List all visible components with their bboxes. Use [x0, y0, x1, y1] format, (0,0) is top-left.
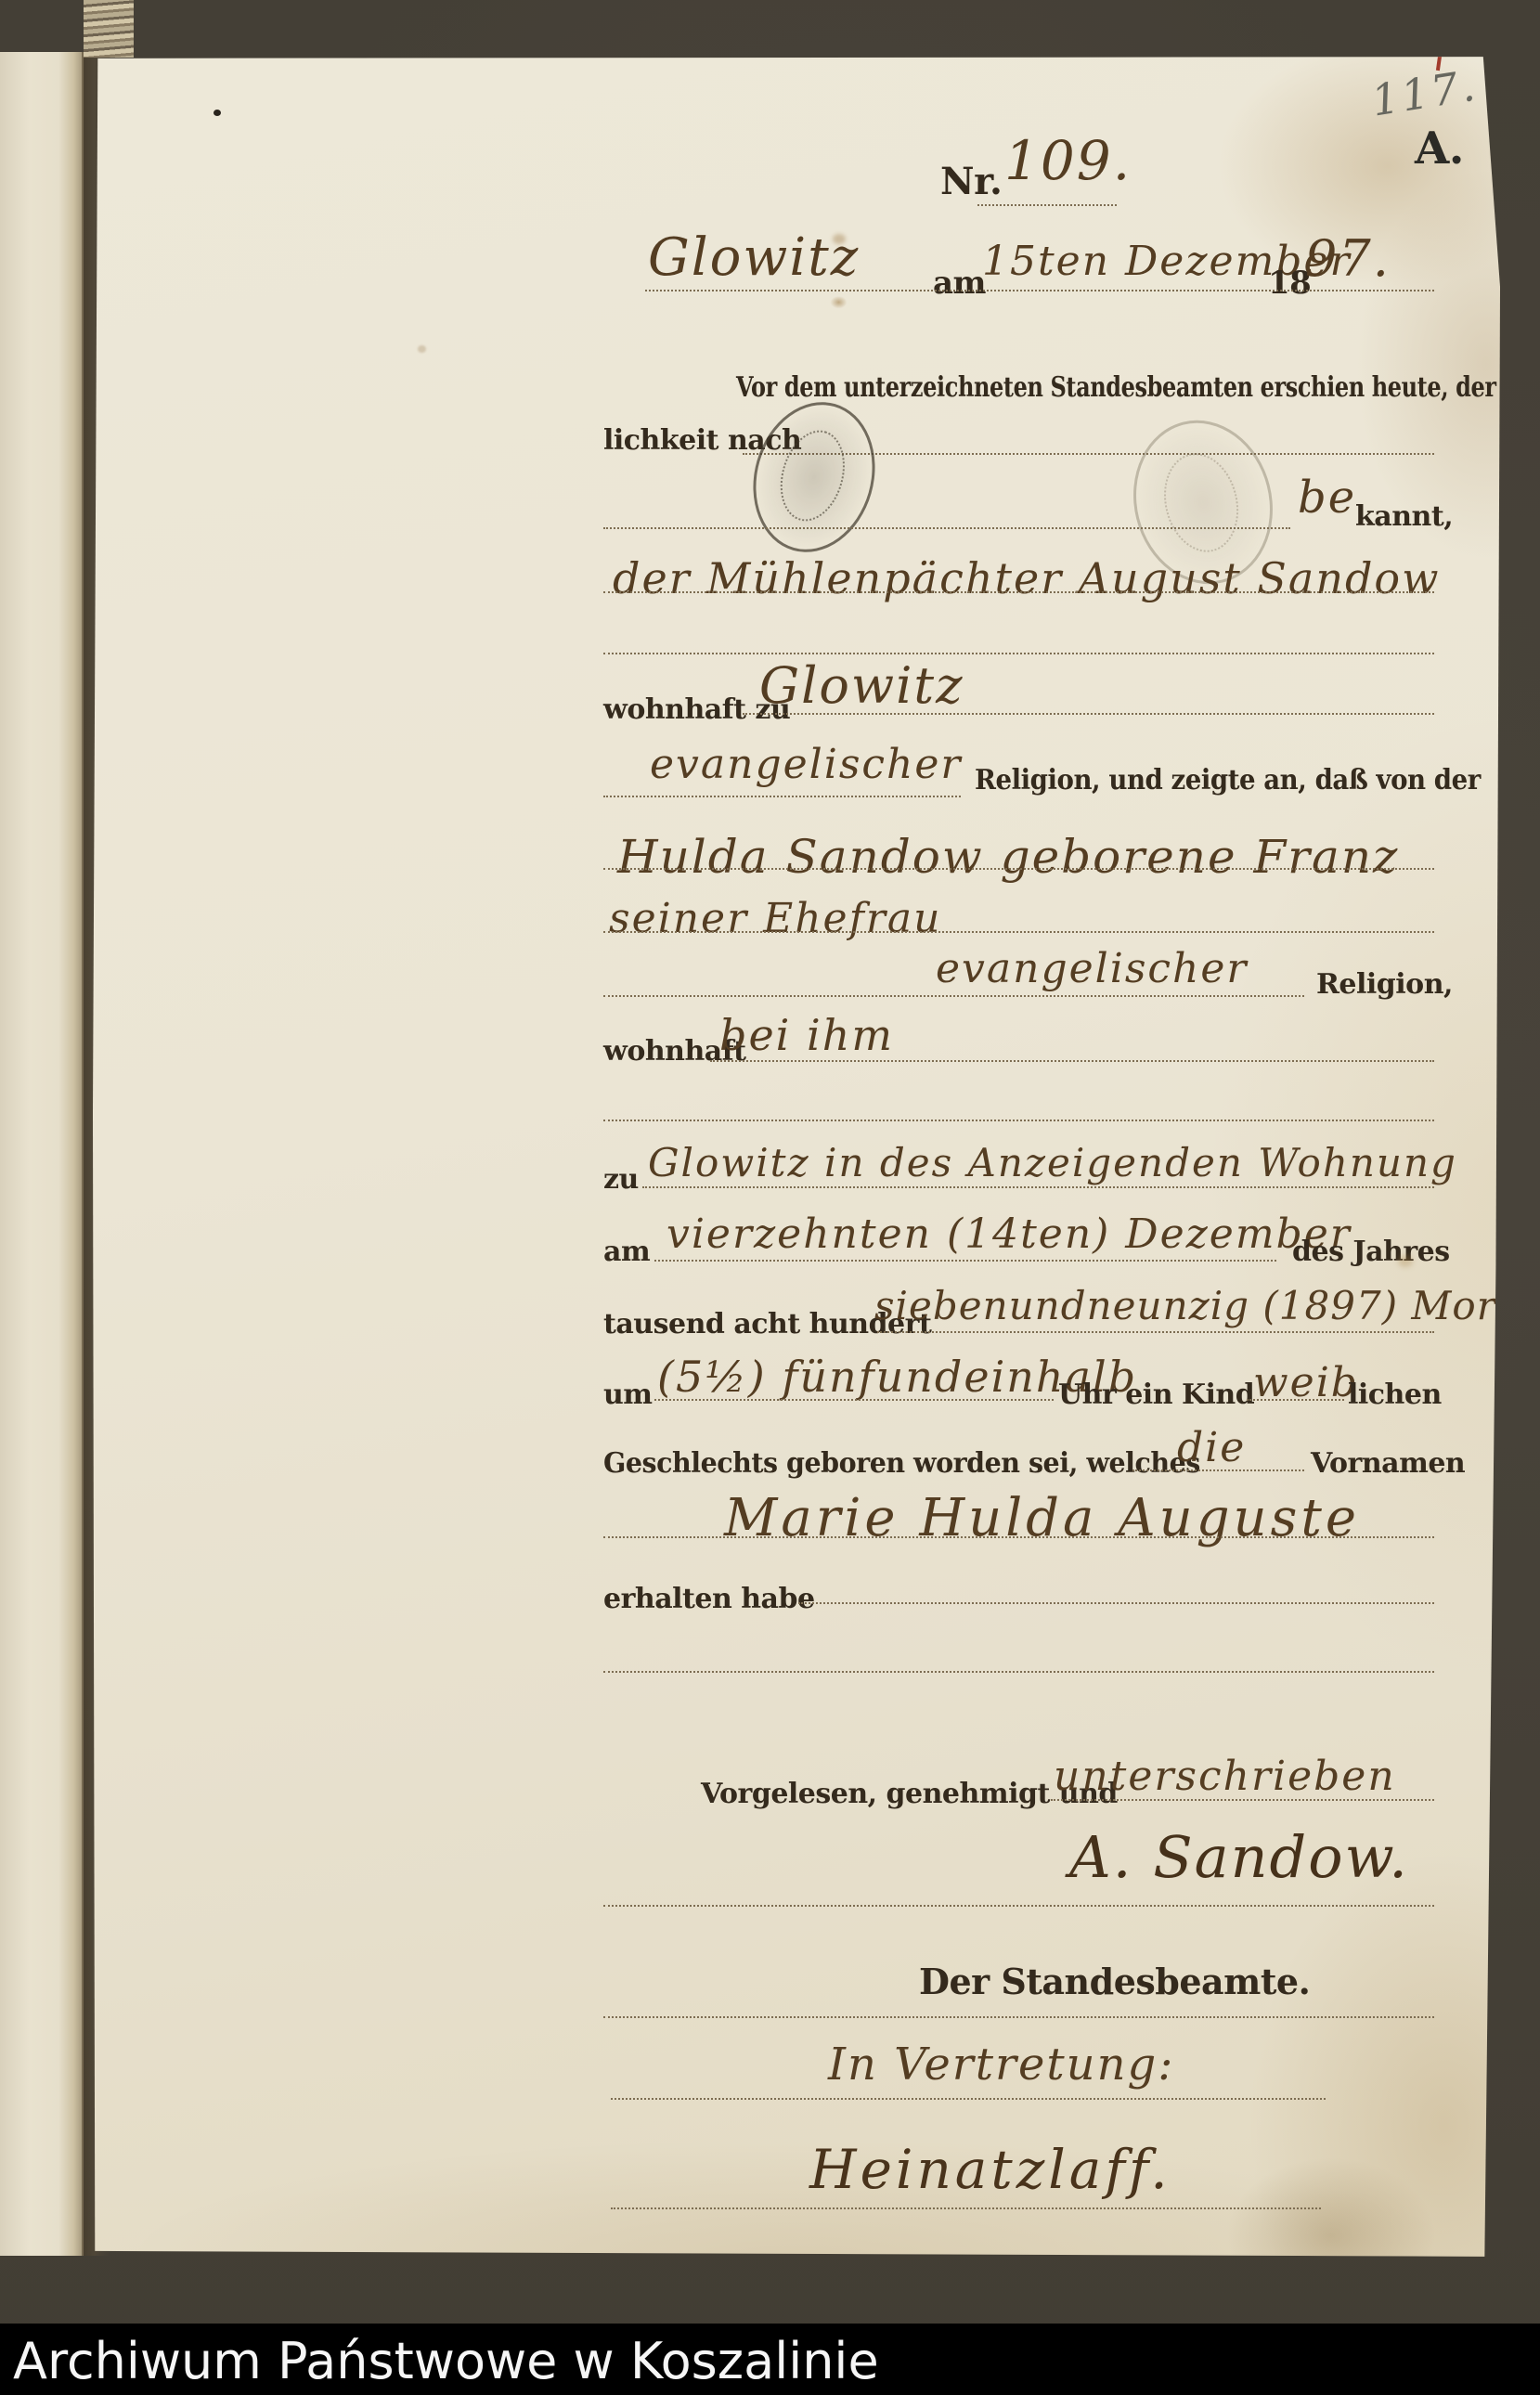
dotted-line — [654, 1399, 1054, 1401]
dotted-line — [603, 527, 1290, 529]
previous-page-edge — [0, 52, 84, 2256]
mother-name: Hulda Sandow geborene Franz — [617, 834, 1399, 880]
dotted-line — [603, 591, 1434, 593]
birthdate-value: vierzehnten (14ten) Dezember — [666, 1214, 1352, 1255]
dotted-line — [743, 713, 1434, 715]
unterschrieben-value: unterschrieben — [1054, 1756, 1396, 1797]
dotted-line — [603, 653, 1434, 654]
archival-scan: 117. A. Nr. 109. Glowitz am 15ten Dezemb… — [0, 0, 1540, 2395]
in-vertretung-value: In Vertretung: — [828, 2042, 1174, 2087]
registrar-signature: Heinatzlaff. — [809, 2143, 1171, 2196]
religion2-value: evangelischer — [936, 949, 1248, 990]
oval-ink-stamp-faint-inner-ring — [1154, 446, 1249, 561]
dotted-line — [603, 1671, 1434, 1673]
binding-threads — [84, 0, 134, 58]
des-jahres-label: des Jahres — [1292, 1238, 1450, 1266]
birthplace-value: Glowitz in des Anzeigenden Wohnung — [648, 1144, 1457, 1183]
nr-label: Nr. — [940, 163, 1002, 201]
dotted-line — [603, 1536, 1434, 1538]
dotted-line — [654, 1260, 1276, 1262]
oval-ink-stamp-inner-ring — [770, 422, 855, 528]
um-label: um — [603, 1381, 653, 1409]
ink-speck — [214, 110, 221, 116]
dotted-line — [1051, 1799, 1434, 1801]
footer-bar: Archiwum Państwowe w Koszalinie — [0, 2324, 1540, 2395]
dotted-line — [611, 2098, 1326, 2100]
vornamen-label: Vornamen — [1311, 1450, 1465, 1478]
declarant-name: der Mühlenpächter August Sandow — [613, 557, 1440, 600]
dotted-line — [603, 1120, 1434, 1121]
dotted-line — [603, 868, 1434, 870]
nr-value: 109. — [1004, 134, 1132, 188]
dotted-line — [603, 995, 1304, 997]
religion1-value: evangelischer — [650, 744, 962, 785]
zu-label: zu — [603, 1166, 639, 1194]
pencil-page-number: 117. — [1368, 63, 1480, 122]
dotted-line — [603, 1905, 1434, 1907]
dotted-line — [710, 1060, 1434, 1062]
religion1-label: Religion, und zeigte an, daß von der — [975, 767, 1481, 795]
religion2-label: Religion, — [1316, 971, 1453, 999]
gender-value: weib — [1253, 1363, 1359, 1404]
dotted-line — [603, 796, 961, 797]
am2-label: am — [603, 1238, 650, 1266]
erhalten-label: erhalten habe — [603, 1586, 815, 1613]
paper-stain-spot — [1398, 1255, 1413, 1267]
place-value: Glowitz — [648, 232, 860, 284]
dotted-line — [977, 204, 1117, 206]
paper-stain-spot — [833, 234, 846, 244]
am-label: am — [933, 267, 986, 299]
dotted-line — [611, 2207, 1321, 2209]
dotted-line — [642, 1186, 1434, 1188]
dotted-line — [1132, 1469, 1304, 1471]
dotted-line — [603, 2016, 1434, 2018]
form-letter-a: A. — [1415, 126, 1464, 171]
paper-stain-spot — [418, 345, 426, 353]
residence-value: Glowitz — [759, 661, 964, 711]
uhr-ein-kind-label: Uhr ein Kind — [1058, 1381, 1254, 1409]
ehefrau-value: seiner Ehefrau — [609, 899, 941, 939]
oval-ink-stamp — [736, 388, 892, 567]
dotted-line — [645, 290, 1434, 291]
lichen-label: lichen — [1348, 1381, 1442, 1409]
dotted-line — [1247, 1399, 1344, 1401]
declarant-signature: A. Sandow. — [1069, 1829, 1409, 1886]
archive-name-label: Archiwum Państwowe w Koszalinie — [13, 2332, 879, 2390]
birthyear-value: siebenundneunzig (1897) Morgens — [874, 1287, 1540, 1326]
kannt-label: kannt, — [1355, 503, 1453, 531]
year-value: 97. — [1305, 234, 1391, 284]
dotted-line — [603, 931, 1434, 933]
bei-ihm-value: bei ihm — [719, 1014, 894, 1056]
geschlechts-label: Geschlechts geboren worden sei, welches — [603, 1450, 1200, 1478]
standesbeamte-label: Der Standesbeamte. — [919, 1964, 1310, 2000]
dotted-line — [798, 1602, 1434, 1604]
be-handwritten: be — [1298, 475, 1356, 520]
intro-line-1: Vor dem unterzeichneten Standesbeamten e… — [736, 374, 1540, 402]
die-value: die — [1177, 1428, 1246, 1469]
registry-page: 117. A. Nr. 109. Glowitz am 15ten Dezemb… — [93, 56, 1500, 2258]
dotted-line — [877, 1331, 1434, 1333]
